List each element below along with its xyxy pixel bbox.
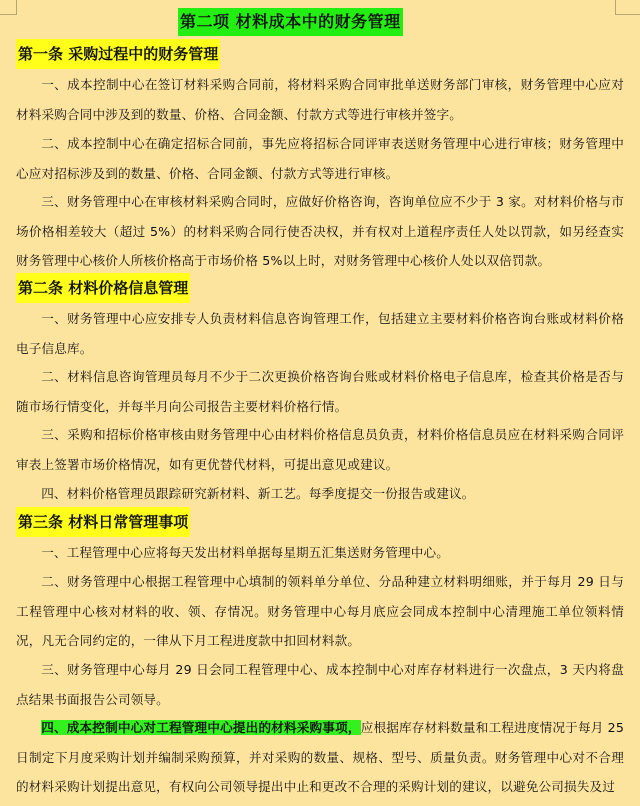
paragraph: 一、工程管理中心应将每天发出材料单据每星期五汇集送财务管理中心。 — [16, 538, 624, 568]
page-corner-mark-right — [615, 0, 640, 15]
paragraph-with-highlight: 四、成本控制中心对工程管理中心提出的材料采购事项，应根据库存材料数量和工程进度情… — [16, 713, 624, 802]
section-heading-3: 第三条 材料日常管理事项 — [16, 507, 190, 537]
paragraph: 一、成本控制中心在签订材料采购合同前，将材料采购合同审批单送财务部门审核，财务管… — [16, 70, 624, 129]
paragraph: 二、财务管理中心根据工程管理中心填制的领料单分单位、分品种建立材料明细账，并于每… — [16, 567, 624, 656]
document-title: 第二项 材料成本中的财务管理 — [178, 8, 403, 36]
title-row: 第二项 材料成本中的财务管理 — [178, 8, 403, 36]
highlighted-phrase: 四、成本控制中心对工程管理中心提出的材料采购事项， — [41, 720, 361, 735]
paragraph: 四、材料价格管理员跟踪研究新材料、新工艺。每季度提交一份报告或建议。 — [16, 479, 624, 509]
section-heading-2: 第二条 材料价格信息管理 — [16, 273, 190, 303]
paragraph: 三、财务管理中心在审核材料采购合同时，应做好价格咨询，咨询单位应不少于 3 家。… — [16, 187, 624, 276]
paragraph: 二、材料信息咨询管理员每月不少于二次更换价格咨询台账或材料价格电子信息库，检查其… — [16, 362, 624, 421]
paragraph: 三、财务管理中心每月 29 日会同工程管理中心、成本控制中心对库存材料进行一次盘… — [16, 655, 624, 714]
paragraph: 二、成本控制中心在确定招标合同前，事先应将招标合同评审表送财务管理中心进行审核；… — [16, 129, 624, 188]
section-heading-1: 第一条 采购过程中的财务管理 — [16, 39, 220, 69]
paragraph: 三、采购和招标价格审核由财务管理中心由材料价格信息员负责，材料价格信息员应在材料… — [16, 420, 624, 479]
page-corner-mark-left — [0, 0, 17, 15]
paragraph: 一、财务管理中心应安排专人负责材料信息咨询管理工作，包括建立主要材料价格咨询台账… — [16, 304, 624, 363]
